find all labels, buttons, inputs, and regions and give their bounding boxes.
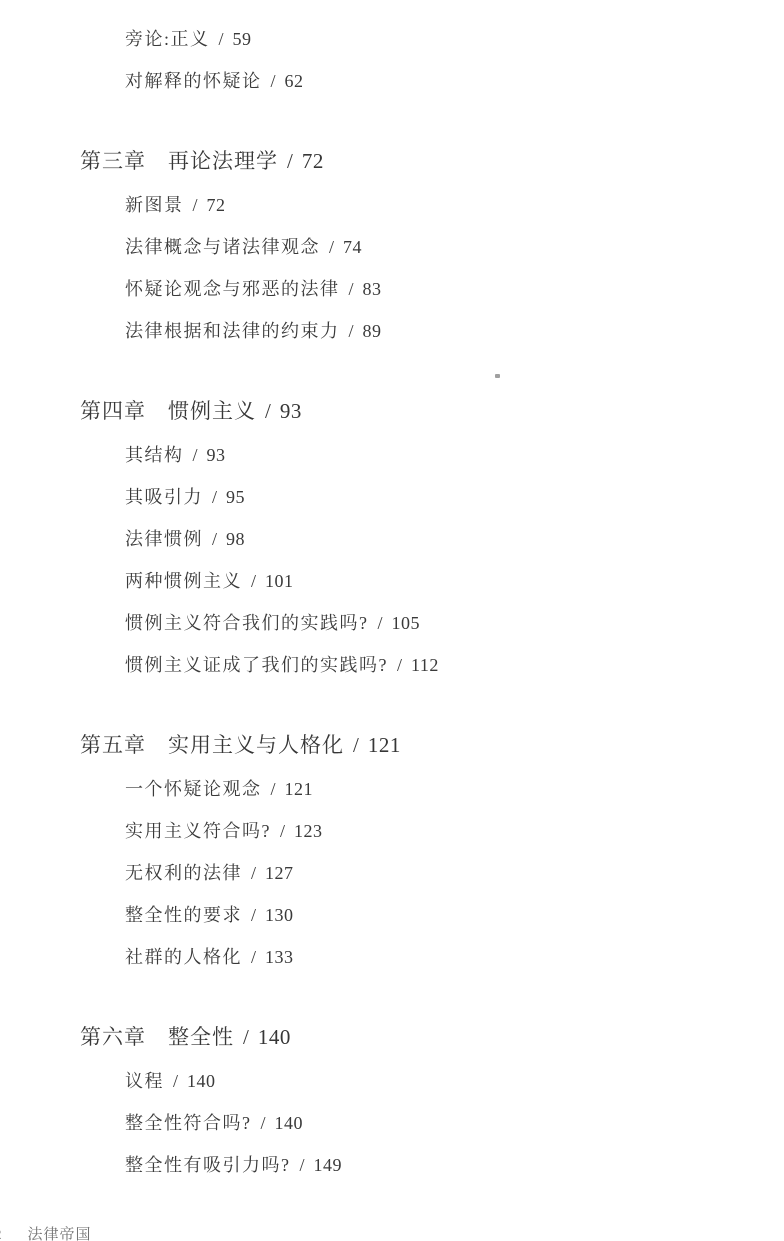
toc-item-row: 旁论:正义/59 (125, 28, 784, 50)
chapter-title: 惯例主义 (168, 399, 256, 423)
entry-title: 整全性的要求 (125, 905, 242, 925)
toc-item-row: 整全性符合吗?/140 (125, 1112, 784, 1134)
entry-title: 法律根据和法律的约束力 (125, 321, 340, 341)
toc-item-row: 实用主义符合吗?/123 (125, 820, 784, 842)
toc-item-row: 两种惯例主义/101 (125, 570, 784, 592)
toc-item-row: 一个怀疑论观念/121 (125, 778, 784, 800)
toc-chapter-row: 第三章再论法理学/72 (80, 148, 784, 174)
separator: / (219, 29, 224, 49)
chapter-title: 实用主义与人格化 (168, 733, 344, 757)
chapter-label: 第五章 (80, 733, 146, 757)
page-number: 127 (265, 863, 294, 883)
toc-item-row: 法律根据和法律的约束力/89 (125, 320, 784, 342)
chapter-label: 第六章 (80, 1025, 146, 1049)
page-number: 72 (302, 149, 324, 173)
separator: / (173, 1071, 178, 1091)
page-number: 72 (207, 195, 226, 215)
separator: / (251, 571, 256, 591)
page-number: 123 (294, 821, 323, 841)
page-number: 140 (275, 1113, 304, 1133)
separator: / (329, 237, 334, 257)
footer-book-title: 法律帝国 (28, 1224, 92, 1241)
page-number: 89 (363, 321, 382, 341)
page-number: 133 (265, 947, 294, 967)
toc-item-row: 怀疑论观念与邪恶的法律/83 (125, 278, 784, 300)
separator: / (243, 1025, 249, 1049)
separator: / (271, 71, 276, 91)
toc-item-row: 其吸引力/95 (125, 486, 784, 508)
page-number: 101 (265, 571, 294, 591)
toc-item-row: 无权利的法律/127 (125, 862, 784, 884)
toc-list: 旁论:正义/59 对解释的怀疑论/62 第三章再论法理学/72 新图景/72 法… (0, 28, 784, 1196)
chapter-label: 第四章 (80, 399, 146, 423)
toc-item-row: 惯例主义符合我们的实践吗?/105 (125, 612, 784, 634)
separator: / (353, 733, 359, 757)
chapter-label: 第三章 (80, 149, 146, 173)
separator: / (287, 149, 293, 173)
page-number: 140 (258, 1025, 291, 1049)
page-number: 59 (233, 29, 252, 49)
page-number: 74 (343, 237, 362, 257)
toc-item-row: 法律惯例/98 (125, 528, 784, 550)
separator: / (251, 905, 256, 925)
separator: / (193, 195, 198, 215)
toc-item-row: 惯例主义证成了我们的实践吗?/112 (125, 654, 784, 676)
page-number: 83 (363, 279, 382, 299)
entry-title: 新图景 (125, 195, 184, 215)
page-number: 121 (368, 733, 401, 757)
toc-item-row: 社群的人格化/133 (125, 946, 784, 968)
separator: / (349, 279, 354, 299)
separator: / (265, 399, 271, 423)
page-number: 95 (226, 487, 245, 507)
separator: / (212, 529, 217, 549)
entry-title: 社群的人格化 (125, 947, 242, 967)
toc-item-row: 新图景/72 (125, 194, 784, 216)
page-number: 93 (280, 399, 302, 423)
entry-title: 对解释的怀疑论 (125, 71, 262, 91)
entry-title: 整全性有吸引力吗? (125, 1155, 291, 1175)
entry-title: 其结构 (125, 445, 184, 465)
entry-title: 其吸引力 (125, 487, 203, 507)
separator: / (271, 779, 276, 799)
separator: / (212, 487, 217, 507)
page-number: 130 (265, 905, 294, 925)
entry-title: 惯例主义符合我们的实践吗? (125, 613, 369, 633)
separator: / (251, 947, 256, 967)
entry-title: 实用主义符合吗? (125, 821, 271, 841)
entry-title: 惯例主义证成了我们的实践吗? (125, 655, 388, 675)
separator: / (280, 821, 285, 841)
separator: / (261, 1113, 266, 1133)
separator: / (397, 655, 402, 675)
chapter-title: 再论法理学 (168, 149, 278, 173)
entry-title: 整全性符合吗? (125, 1113, 252, 1133)
chapter-title: 整全性 (168, 1025, 234, 1049)
entry-title: 无权利的法律 (125, 863, 242, 883)
scan-artifact-dot (495, 374, 500, 378)
toc-item-row: 整全性有吸引力吗?/149 (125, 1154, 784, 1176)
page-number: 98 (226, 529, 245, 549)
toc-item-row: 对解释的怀疑论/62 (125, 70, 784, 92)
page-number: 121 (285, 779, 314, 799)
footer-page-number: 2 (0, 1224, 2, 1241)
entry-title: 旁论:正义 (125, 29, 210, 49)
toc-item-row: 议程/140 (125, 1070, 784, 1092)
toc-chapter-row: 第六章整全性/140 (80, 1024, 784, 1050)
entry-title: 议程 (125, 1071, 164, 1091)
scanned-toc-page: 旁论:正义/59 对解释的怀疑论/62 第三章再论法理学/72 新图景/72 法… (0, 0, 784, 1241)
entry-title: 法律惯例 (125, 529, 203, 549)
page-number: 149 (314, 1155, 343, 1175)
entry-title: 法律概念与诸法律观念 (125, 237, 320, 257)
entry-title: 一个怀疑论观念 (125, 779, 262, 799)
separator: / (251, 863, 256, 883)
toc-item-row: 法律概念与诸法律观念/74 (125, 236, 784, 258)
entry-title: 两种惯例主义 (125, 571, 242, 591)
page-number: 105 (392, 613, 421, 633)
page-number: 112 (411, 655, 439, 675)
separator: / (300, 1155, 305, 1175)
separator: / (378, 613, 383, 633)
toc-item-row: 整全性的要求/130 (125, 904, 784, 926)
page-number: 140 (187, 1071, 216, 1091)
separator: / (349, 321, 354, 341)
page-number: 93 (207, 445, 226, 465)
page-footer: 2法律帝国 (0, 1224, 92, 1241)
separator: / (193, 445, 198, 465)
toc-chapter-row: 第五章实用主义与人格化/121 (80, 732, 784, 758)
entry-title: 怀疑论观念与邪恶的法律 (125, 279, 340, 299)
toc-item-row: 其结构/93 (125, 444, 784, 466)
page-number: 62 (285, 71, 304, 91)
toc-chapter-row: 第四章惯例主义/93 (80, 398, 784, 424)
